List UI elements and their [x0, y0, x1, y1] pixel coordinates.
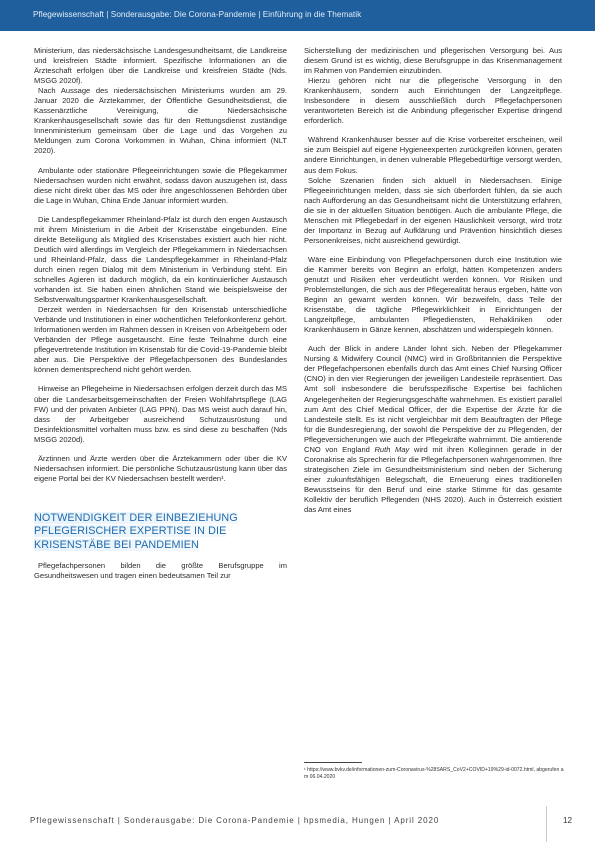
section-heading-line-1: Notwendigkeit der Einbeziehung [34, 512, 238, 524]
paragraph: Auch der Blick in andere Länder lohnt si… [304, 344, 562, 515]
left-column: Ministerium, das niedersächsische Landes… [34, 46, 287, 581]
paragraph: Ärztinnen und Ärzte werden über die Ärzt… [34, 454, 287, 484]
running-header-band: Pflegewissenschaft | Sonderausgabe: Die … [0, 0, 595, 31]
paragraph: Ambulante oder stationäre Pflegeeinricht… [34, 166, 287, 206]
paragraph: Nach Aussage des niedersächsischen Minis… [34, 86, 287, 156]
paragraph: Wäre eine Einbindung von Pflegefachperso… [304, 255, 562, 335]
right-column: Sicherstellung der medizinischen und pfl… [304, 46, 562, 515]
paragraph: Solche Szenarien finden sich aktuell in … [304, 176, 562, 246]
paragraph: Hinweise an Pflegeheime in Niedersachsen… [34, 384, 287, 444]
footnote: ¹ https://www.bvkv.de/informationen-zum-… [304, 767, 564, 780]
paragraph: Während Krankenhäuser besser auf die Kri… [304, 135, 562, 175]
footnote-divider [304, 762, 362, 763]
italic-term: Ruth May [374, 445, 409, 454]
paragraph: Ministerium, das niedersächsische Landes… [34, 46, 287, 86]
running-footer: Pflegewissenschaft | Sonderausgabe: Die … [30, 816, 439, 825]
section-heading-line-3: Krisenstäbe bei Pandemien [34, 539, 199, 551]
running-header-title: Pflegewissenschaft | Sonderausgabe: Die … [33, 10, 361, 19]
section-heading-line-2: pflegerischer Expertise in die [34, 525, 226, 537]
paragraph: Sicherstellung der medizinischen und pfl… [304, 46, 562, 76]
paragraph: Derzeit werden in Niedersachsen für den … [34, 305, 287, 375]
paragraph: Die Landespflegekammer Rheinland-Pfalz i… [34, 215, 287, 305]
section-heading: Notwendigkeit der Einbeziehung pflegeris… [34, 512, 287, 552]
paragraph: Pflegefachpersonen bilden die größte Ber… [34, 561, 287, 581]
footer-divider [546, 806, 547, 842]
page-number: 12 [563, 816, 572, 825]
paragraph: Hierzu gehören nicht nur die pflegerisch… [304, 76, 562, 126]
